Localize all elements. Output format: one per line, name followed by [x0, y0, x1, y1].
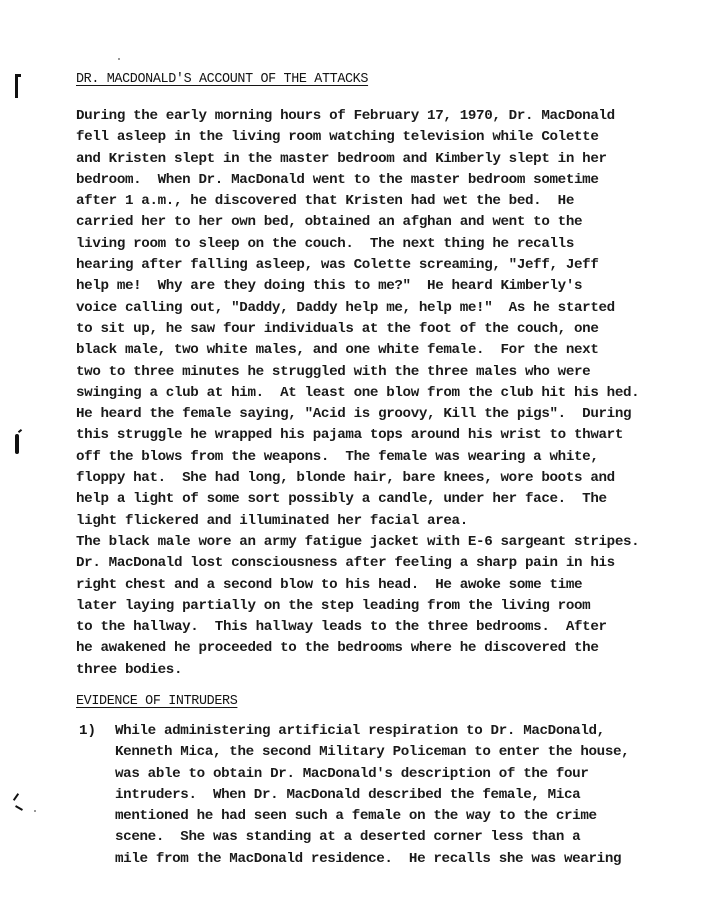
text-line: black male, two white males, and one whi… — [76, 340, 639, 361]
text-line: after 1 a.m., he discovered that Kristen… — [76, 191, 639, 212]
text-line: voice calling out, "Daddy, Daddy help me… — [76, 298, 639, 319]
text-line: Kenneth Mica, the second Military Police… — [115, 742, 720, 763]
list-item-body: While administering artificial respirati… — [115, 721, 720, 870]
text-line: carried her to her own bed, obtained an … — [76, 212, 639, 233]
scan-speck — [34, 810, 36, 812]
text-line: living room to sleep on the couch. The n… — [76, 234, 639, 255]
text-line: He heard the female saying, "Acid is gro… — [76, 404, 639, 425]
text-line: two to three minutes he struggled with t… — [76, 362, 639, 383]
text-line: to sit up, he saw four individuals at th… — [76, 319, 639, 340]
text-line: During the early morning hours of Februa… — [76, 106, 639, 127]
document-page: DR. MACDONALD'S ACCOUNT OF THE ATTACKS D… — [0, 0, 720, 897]
margin-mark-bottom-1 — [13, 793, 19, 801]
margin-mark-middle — [15, 434, 19, 454]
text-line: scene. She was standing at a deserted co… — [115, 827, 720, 848]
text-line: swinging a club at him. At least one blo… — [76, 383, 639, 404]
scan-speck — [118, 58, 120, 60]
section-heading-evidence: EVIDENCE OF INTRUDERS — [76, 694, 237, 709]
text-line: mentioned he had seen such a female on t… — [115, 806, 720, 827]
text-line: While administering artificial respirati… — [115, 721, 720, 742]
text-line: intruders. When Dr. MacDonald described … — [115, 785, 720, 806]
section-heading-account: DR. MACDONALD'S ACCOUNT OF THE ATTACKS — [76, 72, 368, 87]
text-line: fell asleep in the living room watching … — [76, 127, 639, 148]
text-line: and Kristen slept in the master bedroom … — [76, 149, 639, 170]
list-item-number: 1) — [79, 721, 96, 742]
text-line: he awakened he proceeded to the bedrooms… — [76, 638, 639, 659]
margin-mark-top-hook — [15, 74, 21, 77]
text-line: light flickered and illuminated her faci… — [76, 511, 639, 532]
text-line: right chest and a second blow to his hea… — [76, 575, 639, 596]
margin-mark-middle-hook — [18, 429, 22, 433]
text-line: was able to obtain Dr. MacDonald's descr… — [115, 764, 720, 785]
margin-mark-top — [15, 76, 18, 98]
text-line: mile from the MacDonald residence. He re… — [115, 849, 720, 870]
text-line: The black male wore an army fatigue jack… — [76, 532, 639, 553]
text-line: off the blows from the weapons. The fema… — [76, 447, 639, 468]
margin-mark-bottom-2 — [15, 805, 23, 811]
text-line: help a light of some sort possibly a can… — [76, 489, 639, 510]
account-paragraph: During the early morning hours of Februa… — [76, 106, 639, 681]
text-line: floppy hat. She had long, blonde hair, b… — [76, 468, 639, 489]
text-line: bedroom. When Dr. MacDonald went to the … — [76, 170, 639, 191]
text-line: Dr. MacDonald lost consciousness after f… — [76, 553, 639, 574]
text-line: hearing after falling asleep, was Colett… — [76, 255, 639, 276]
text-line: later laying partially on the step leadi… — [76, 596, 639, 617]
text-line: three bodies. — [76, 660, 639, 681]
text-line: this struggle he wrapped his pajama tops… — [76, 425, 639, 446]
text-line: help me! Why are they doing this to me?"… — [76, 276, 639, 297]
text-line: to the hallway. This hallway leads to th… — [76, 617, 639, 638]
